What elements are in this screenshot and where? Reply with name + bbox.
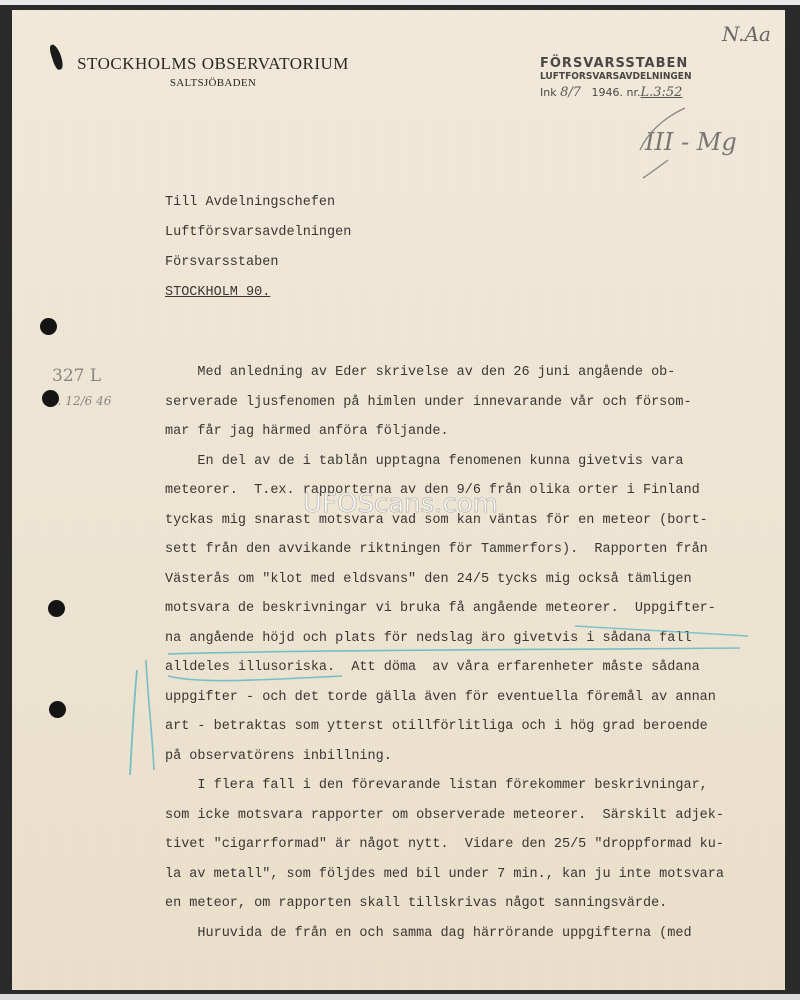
punch-hole [49,701,66,718]
handwritten-margin-date: d. 12/6 46 [50,394,111,408]
handwritten-margin-ref: 327 L [52,366,101,386]
body-line: sett från den avvikande riktningen för T… [165,535,765,565]
body-line: uppgifter - och det torde gälla även för… [165,683,765,713]
punch-hole [48,600,65,617]
body-line: mar får jag härmed anföra följande. [165,417,765,447]
stamp-year: 1946. [592,86,624,99]
body-line: serverade ljusfenomen på himlen under in… [165,388,765,418]
body-line: Västerås om "klot med eldsvans" den 24/5… [165,565,765,595]
body-line: En del av de i tablån upptagna fenomenen… [165,447,765,477]
addressee-city: STOCKHOLM 90. [165,278,351,308]
body-line: en meteor, om rapporten skall tillskriva… [165,889,765,919]
received-stamp: FÖRSVARSSTABEN LUFTFÖRSVARSAVDELNINGEN I… [540,56,700,100]
stamp-number: L.3:52 [641,85,683,100]
body-line: art - betraktas som ytterst otillförlitl… [165,712,765,742]
body-line: motsvara de beskrivningar vi bruka få an… [165,594,765,624]
stamp-line-2: LUFTFÖRSVARSAVDELNINGEN [540,71,692,82]
watermark: UFOScans.com [303,489,498,519]
stamp-nr-label: nr. [627,86,641,99]
addressee-line: Till Avdelningschefen [165,188,351,218]
body-line: la av metall", som följdes med bil under… [165,860,765,890]
letterhead-location: SALTSJÖBADEN [68,77,358,89]
scan-bottom-edge [0,994,800,1000]
body-line: Huruvida de från en och samma dag härrör… [165,919,765,949]
addressee-line: Luftförsvarsavdelningen [165,218,351,248]
handwritten-filing-mark: III - Mg [645,128,737,156]
punch-hole [40,318,57,335]
punch-hole [42,390,59,407]
body-line: I flera fall i den förevarande listan fö… [165,771,765,801]
body-line: på observatörens inbillning. [165,742,765,772]
handwritten-initials: N.Aa [722,22,771,46]
stamp-line-1: FÖRSVARSSTABEN [540,56,700,71]
letterhead: STOCKHOLMS OBSERVATORIUM SALTSJÖBADEN [68,54,358,89]
stamp-date-line: Ink 8/7 1946. nr.L.3:52 [540,85,700,100]
letter-body: Med anledning av Eder skrivelse av den 2… [165,358,765,948]
body-line: alldeles illusoriska. Att döma av våra e… [165,653,765,683]
stamp-received-date: 8/7 [560,85,581,100]
stamp-ink-label: Ink [540,86,557,99]
body-line: Med anledning av Eder skrivelse av den 2… [165,358,765,388]
scan-top-edge [0,0,800,5]
letterhead-organization: STOCKHOLMS OBSERVATORIUM [68,54,358,74]
body-line: tivet "cigarrformad" är något nytt. Vida… [165,830,765,860]
body-line: som icke motsvara rapporter om observera… [165,801,765,831]
addressee-line: Försvarsstaben [165,248,351,278]
addressee-block: Till Avdelningschefen Luftförsvarsavdeln… [165,188,351,308]
body-line: na angående höjd och plats för nedslag ä… [165,624,765,654]
